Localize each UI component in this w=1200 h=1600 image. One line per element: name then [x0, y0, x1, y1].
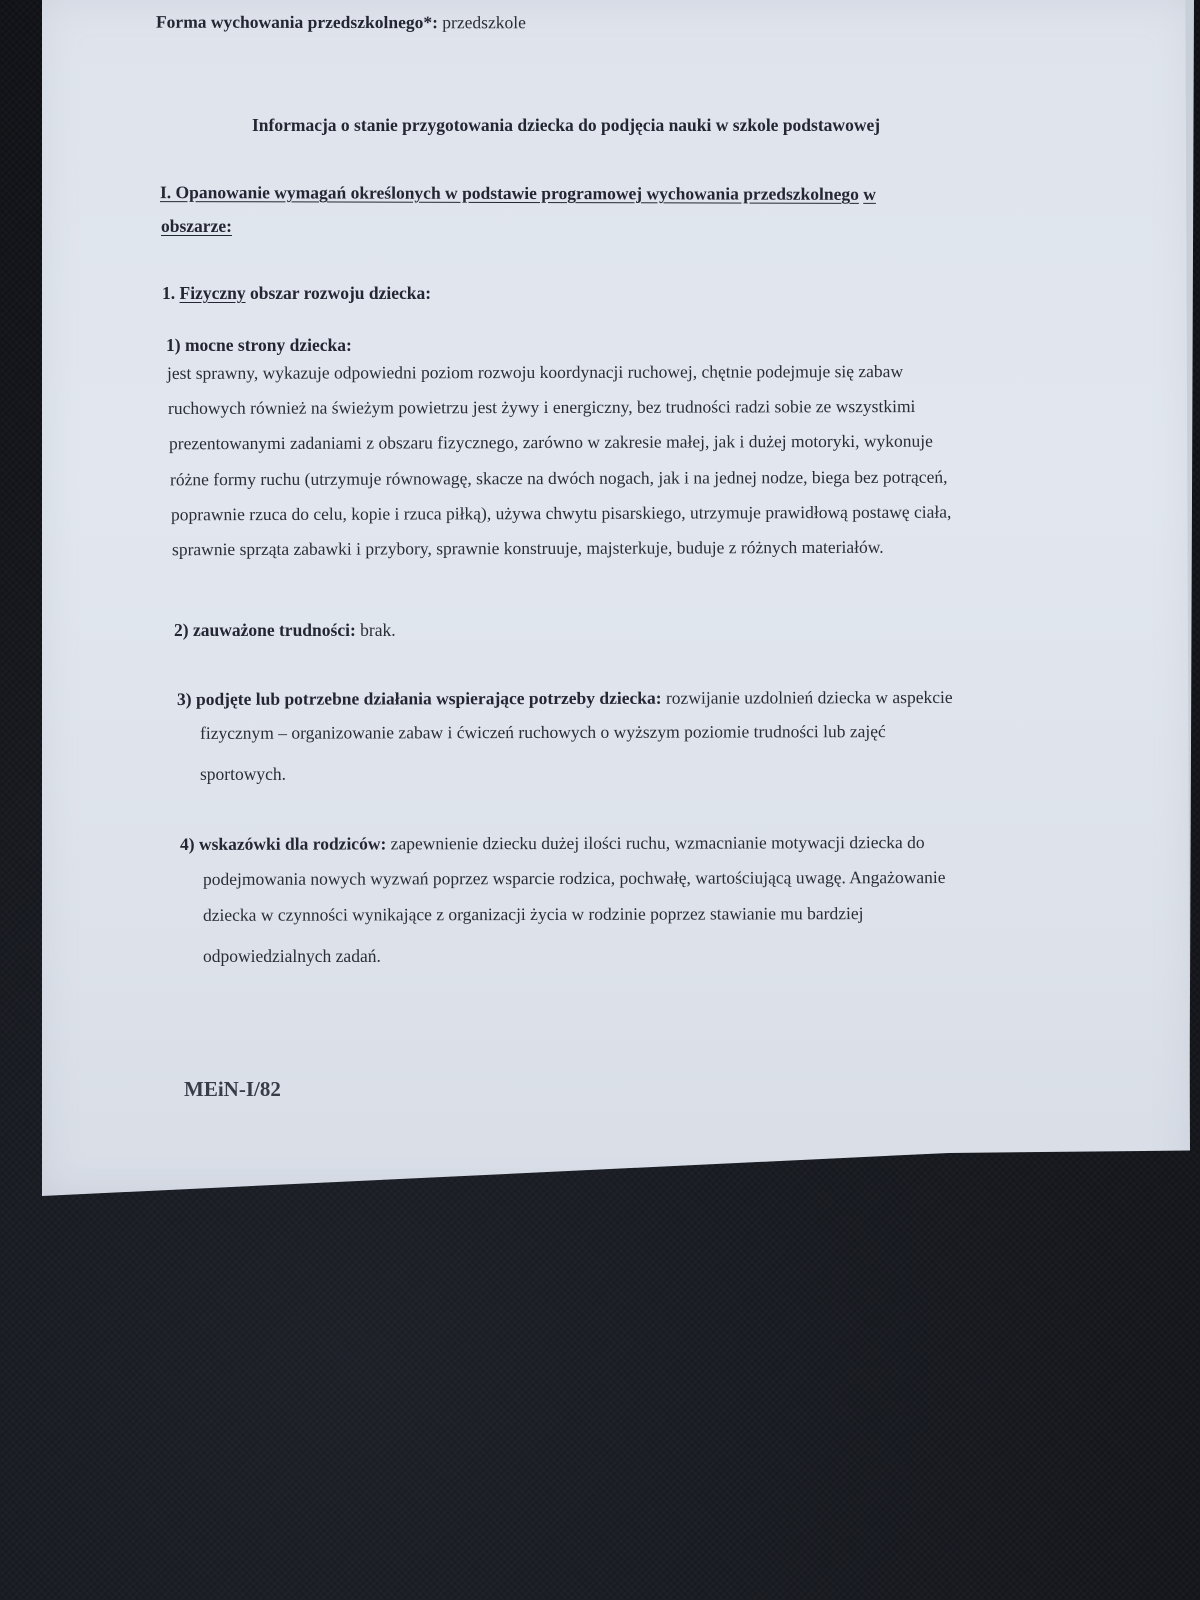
- actions-first-line: rozwijanie uzdolnień dziecka w aspekcie: [666, 687, 953, 708]
- actions-line: fizycznym – organizowanie zabaw i ćwicze…: [200, 721, 886, 744]
- parents-line: podejmowania nowych wyzwań poprzez wspar…: [203, 867, 946, 890]
- form-value: przedszkole: [442, 12, 526, 32]
- section-heading-line1: I. Opanowanie wymagań określonych w pods…: [160, 182, 859, 204]
- parents-line: dziecka w czynności wynikające z organiz…: [203, 903, 864, 926]
- difficulties: 2) zauważone trudności: brak.: [174, 620, 396, 641]
- form-label: Forma wychowania przedszkolnego*:: [156, 12, 438, 32]
- actions-line: sportowych.: [200, 764, 286, 785]
- parents-line: odpowiedzialnych zadań.: [203, 946, 381, 967]
- strengths-line: prezentowanymi zadaniami z obszaru fizyc…: [169, 431, 933, 455]
- parents-label: 4) wskazówki dla rodziców:: [180, 833, 386, 854]
- strengths-line: różne formy ruchu (utrzymuje równowagę, …: [170, 467, 948, 491]
- section-heading-tail: w: [863, 184, 876, 204]
- strengths-label: 1) mocne strony dziecka:: [166, 335, 352, 356]
- actions-label: 3) podjęte lub potrzebne działania wspie…: [177, 688, 662, 709]
- area-heading: 1. Fizyczny obszar rozwoju dziecka:: [162, 283, 431, 304]
- difficulties-label: 2) zauważone trudności:: [174, 620, 356, 640]
- document-title: Informacja o stanie przygotowania dzieck…: [252, 115, 880, 136]
- area-number: 1.: [162, 283, 175, 303]
- strengths-line: poprawnie rzuca do celu, kopie i rzuca p…: [171, 502, 951, 526]
- parents-first-line: zapewnienie dziecku dużej ilości ruchu, …: [391, 832, 925, 853]
- section-heading-line2: obszarze:: [161, 216, 232, 237]
- document-page: Forma wychowania przedszkolnego*: przeds…: [42, 0, 1190, 1196]
- actions: 3) podjęte lub potrzebne działania wspie…: [177, 687, 953, 710]
- difficulties-value: brak.: [360, 620, 395, 640]
- section-heading: I. Opanowanie wymagań określonych w pods…: [160, 182, 876, 205]
- area-name: Fizyczny: [180, 283, 246, 303]
- strengths-line: sprawnie sprząta zabawki i przybory, spr…: [172, 537, 884, 560]
- document-code: MEiN-I/82: [184, 1077, 281, 1102]
- strengths-line: ruchowych również na świeżym powietrzu j…: [168, 396, 915, 419]
- area-rest: obszar rozwoju dziecka:: [250, 283, 431, 303]
- form-line: Forma wychowania przedszkolnego*: przeds…: [156, 12, 526, 34]
- strengths-line: jest sprawny, wykazuje odpowiedni poziom…: [167, 361, 903, 384]
- parents-guidance: 4) wskazówki dla rodziców: zapewnienie d…: [180, 832, 925, 855]
